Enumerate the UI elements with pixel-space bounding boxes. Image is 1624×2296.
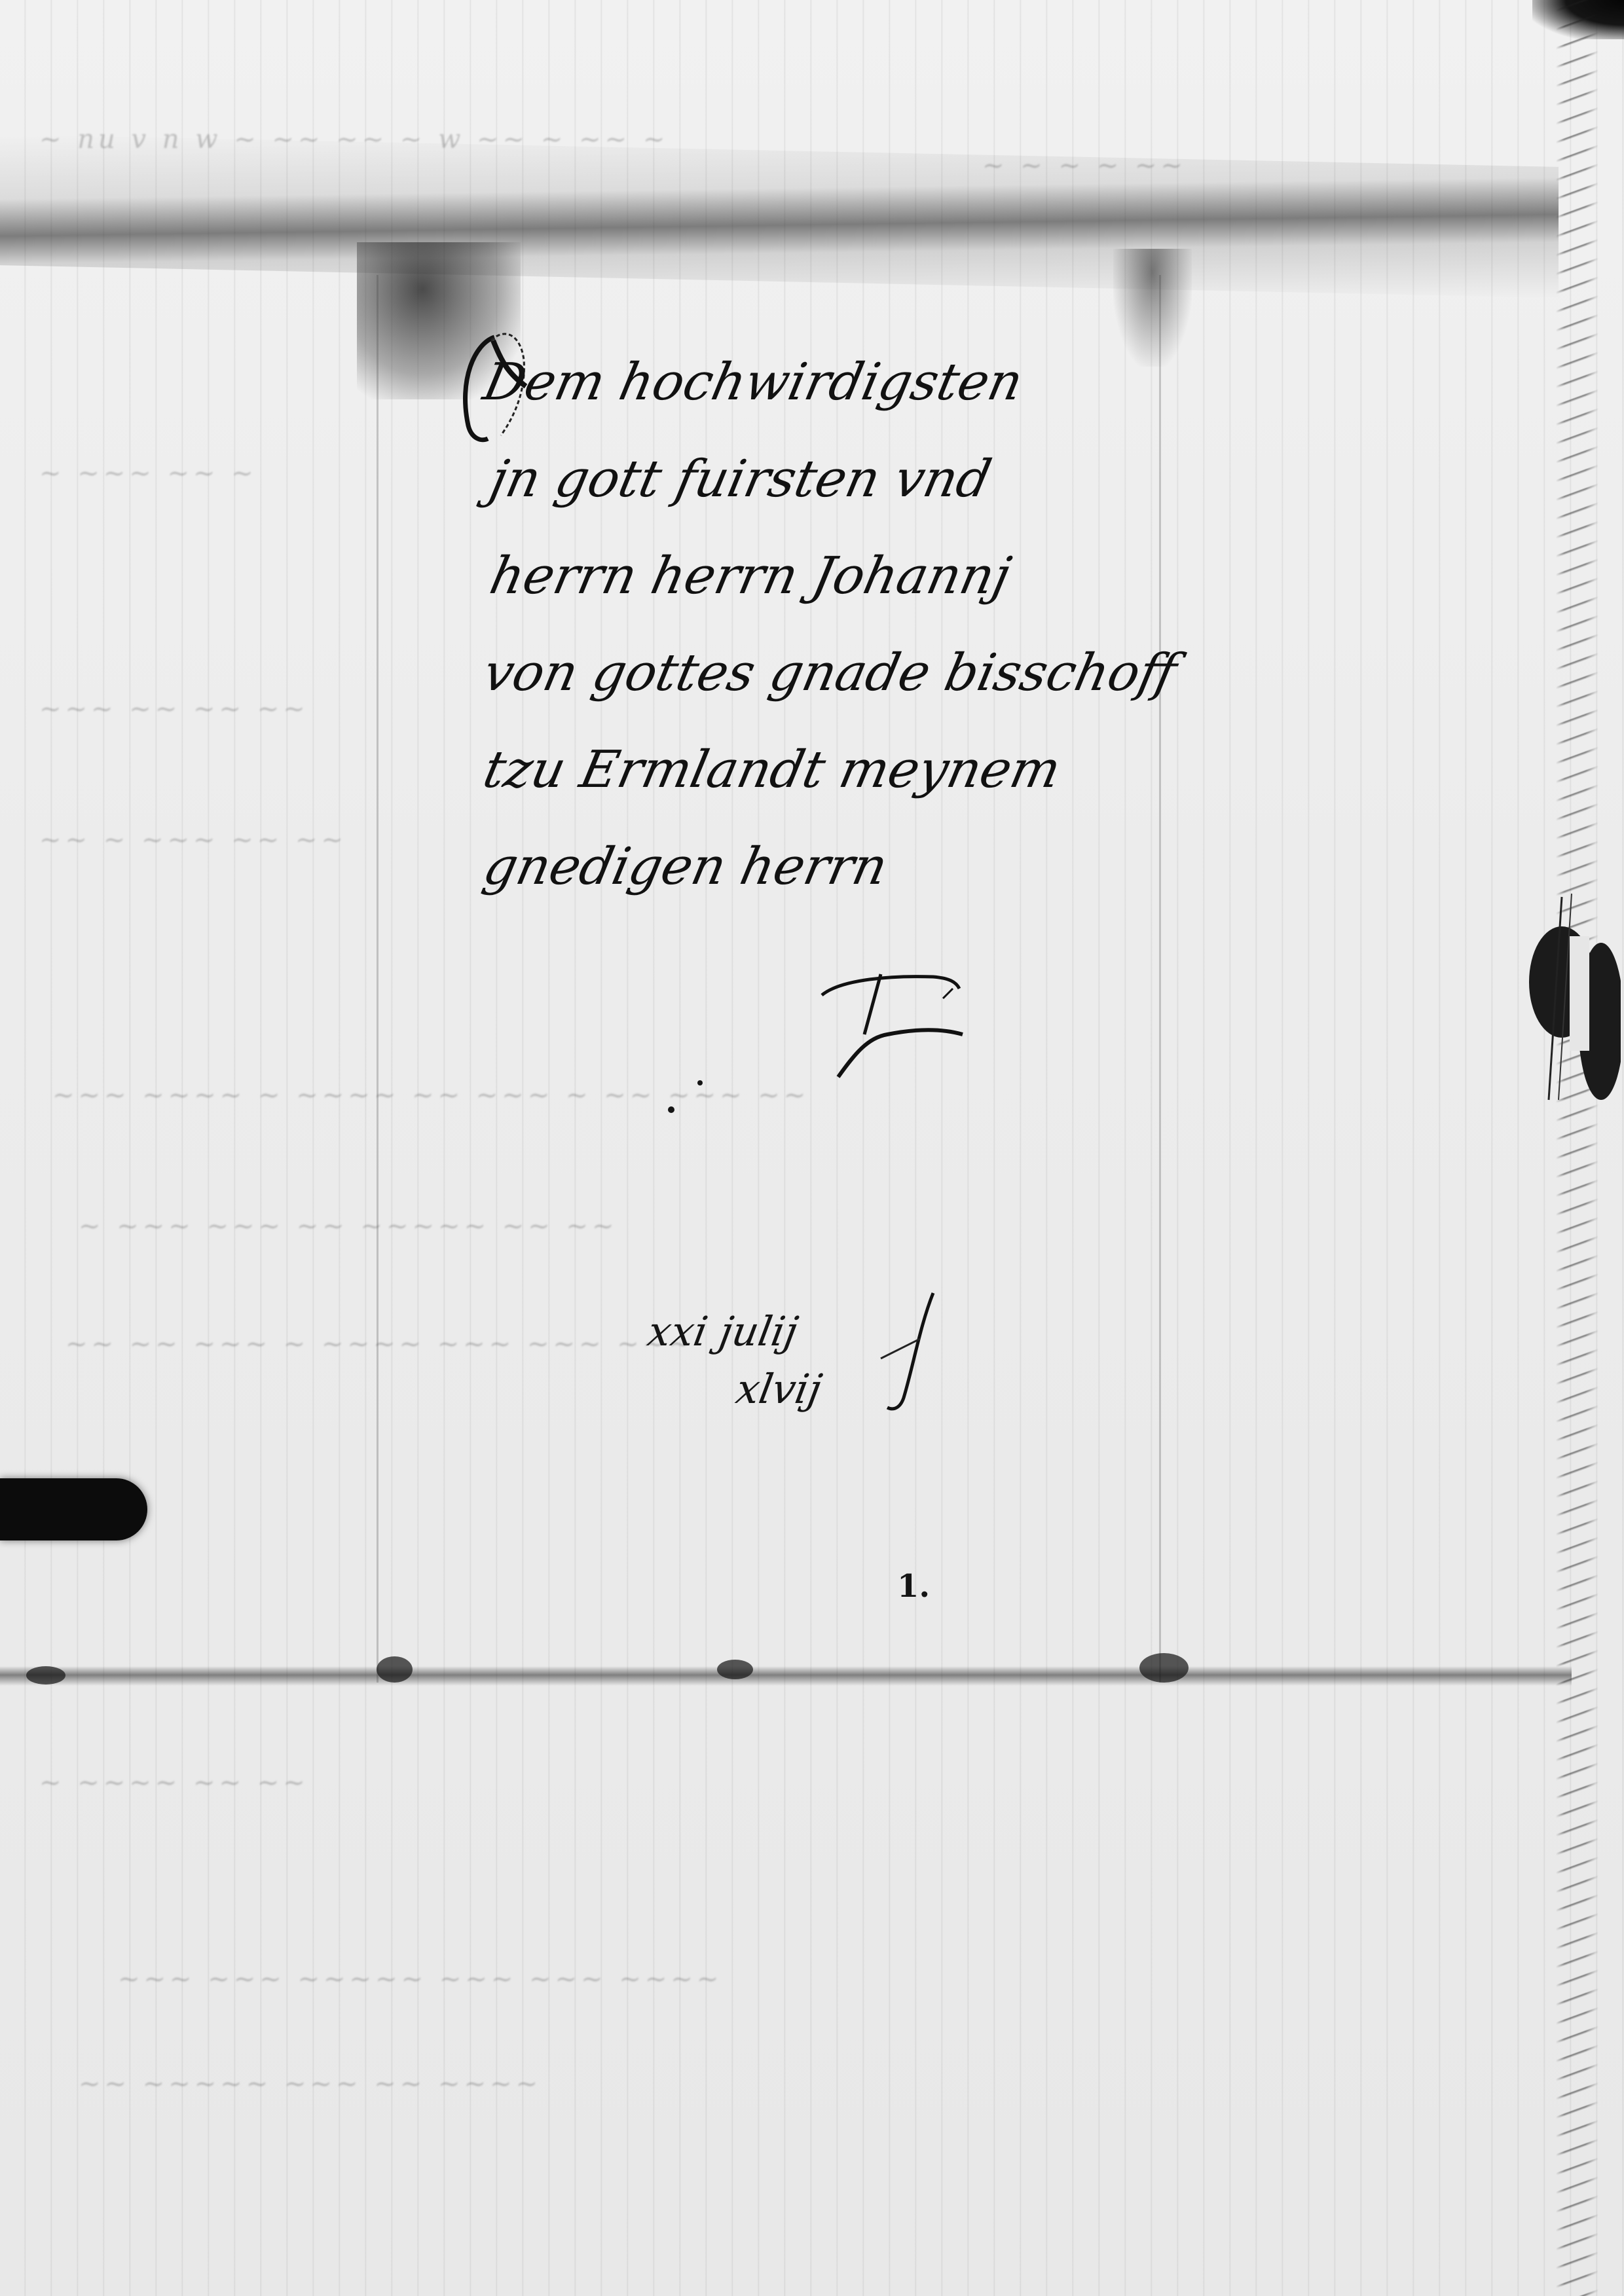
bleed-through-text: ~~~ ~~ ~~ ~~: [39, 694, 309, 724]
lower-fold-line: [0, 1666, 1572, 1686]
fold-stain: [26, 1666, 65, 1685]
address-line-6: gnedigen herrn: [474, 818, 1186, 915]
address-line-4: von gottes gnade bisschoff: [474, 625, 1186, 721]
ink-spot: [668, 1106, 674, 1113]
address-line-1: Dem hochwirdigsten: [474, 334, 1186, 431]
address-block: Dem hochwirdigsten jn gott fuirsten vnd …: [485, 334, 1175, 915]
bleed-through-text: ~~~ ~~~ ~~~~~ ~~~ ~~~ ~~~~: [118, 1964, 722, 1994]
wax-seal-icon: [1522, 890, 1621, 1106]
bleed-through-text: ~~ ~~~~~ ~~~ ~~ ~~~~: [79, 2069, 542, 2099]
ink-spot: [697, 1080, 703, 1085]
manuscript-page: ~ nu v n w ~ ~~ ~~ ~ w ~~ ~ ~~ ~ ~ ~ ~ ~…: [0, 0, 1624, 2296]
address-line-3: herrn herrn Johannj: [481, 528, 1186, 625]
docket-brace: [874, 1286, 953, 1417]
address-line-5: tzu Ermlandt meynem: [474, 721, 1186, 818]
folio-mark: 1.: [897, 1568, 930, 1605]
fold-stain: [717, 1660, 753, 1679]
bleed-through-text: ~ ~ ~ ~ ~~: [982, 151, 1187, 181]
ragged-right-edge: [1539, 0, 1624, 2296]
fold-stain: [377, 1656, 413, 1683]
bleed-through-text: ~~ ~~ ~~~ ~ ~~~~ ~~~ ~~~ ~~~: [65, 1329, 695, 1359]
docket-year: xlvij: [731, 1360, 826, 1418]
upper-fold-shadow: [0, 134, 1559, 298]
docket-day-month: xxi julij: [643, 1303, 826, 1360]
black-marker-tab: [0, 1478, 147, 1540]
bleed-through-text: ~ ~~~ ~~ ~: [39, 458, 257, 488]
paraph-mark: [802, 969, 972, 1087]
bleed-through-text: ~~ ~ ~~~ ~~ ~~: [39, 825, 347, 855]
bleed-through-text: ~ ~~~~ ~~ ~~: [39, 1768, 309, 1798]
bleed-through-text: ~ ~~~ ~~~ ~~ ~~~~~ ~~ ~~: [79, 1211, 618, 1241]
bleed-through-text: ~ nu v n w ~ ~~ ~~ ~ w ~~ ~ ~~ ~: [39, 124, 669, 155]
address-line-2: jn gott fuirsten vnd: [481, 431, 1186, 528]
bleed-through-text: ~~~ ~~~~ ~ ~~~~ ~~ ~~~ ~ ~~ ~~~ ~~: [52, 1080, 809, 1110]
docket-date: xxi julij xlvij: [648, 1303, 821, 1418]
fold-stain: [1139, 1653, 1189, 1683]
left-vertical-fold: [377, 275, 378, 1683]
